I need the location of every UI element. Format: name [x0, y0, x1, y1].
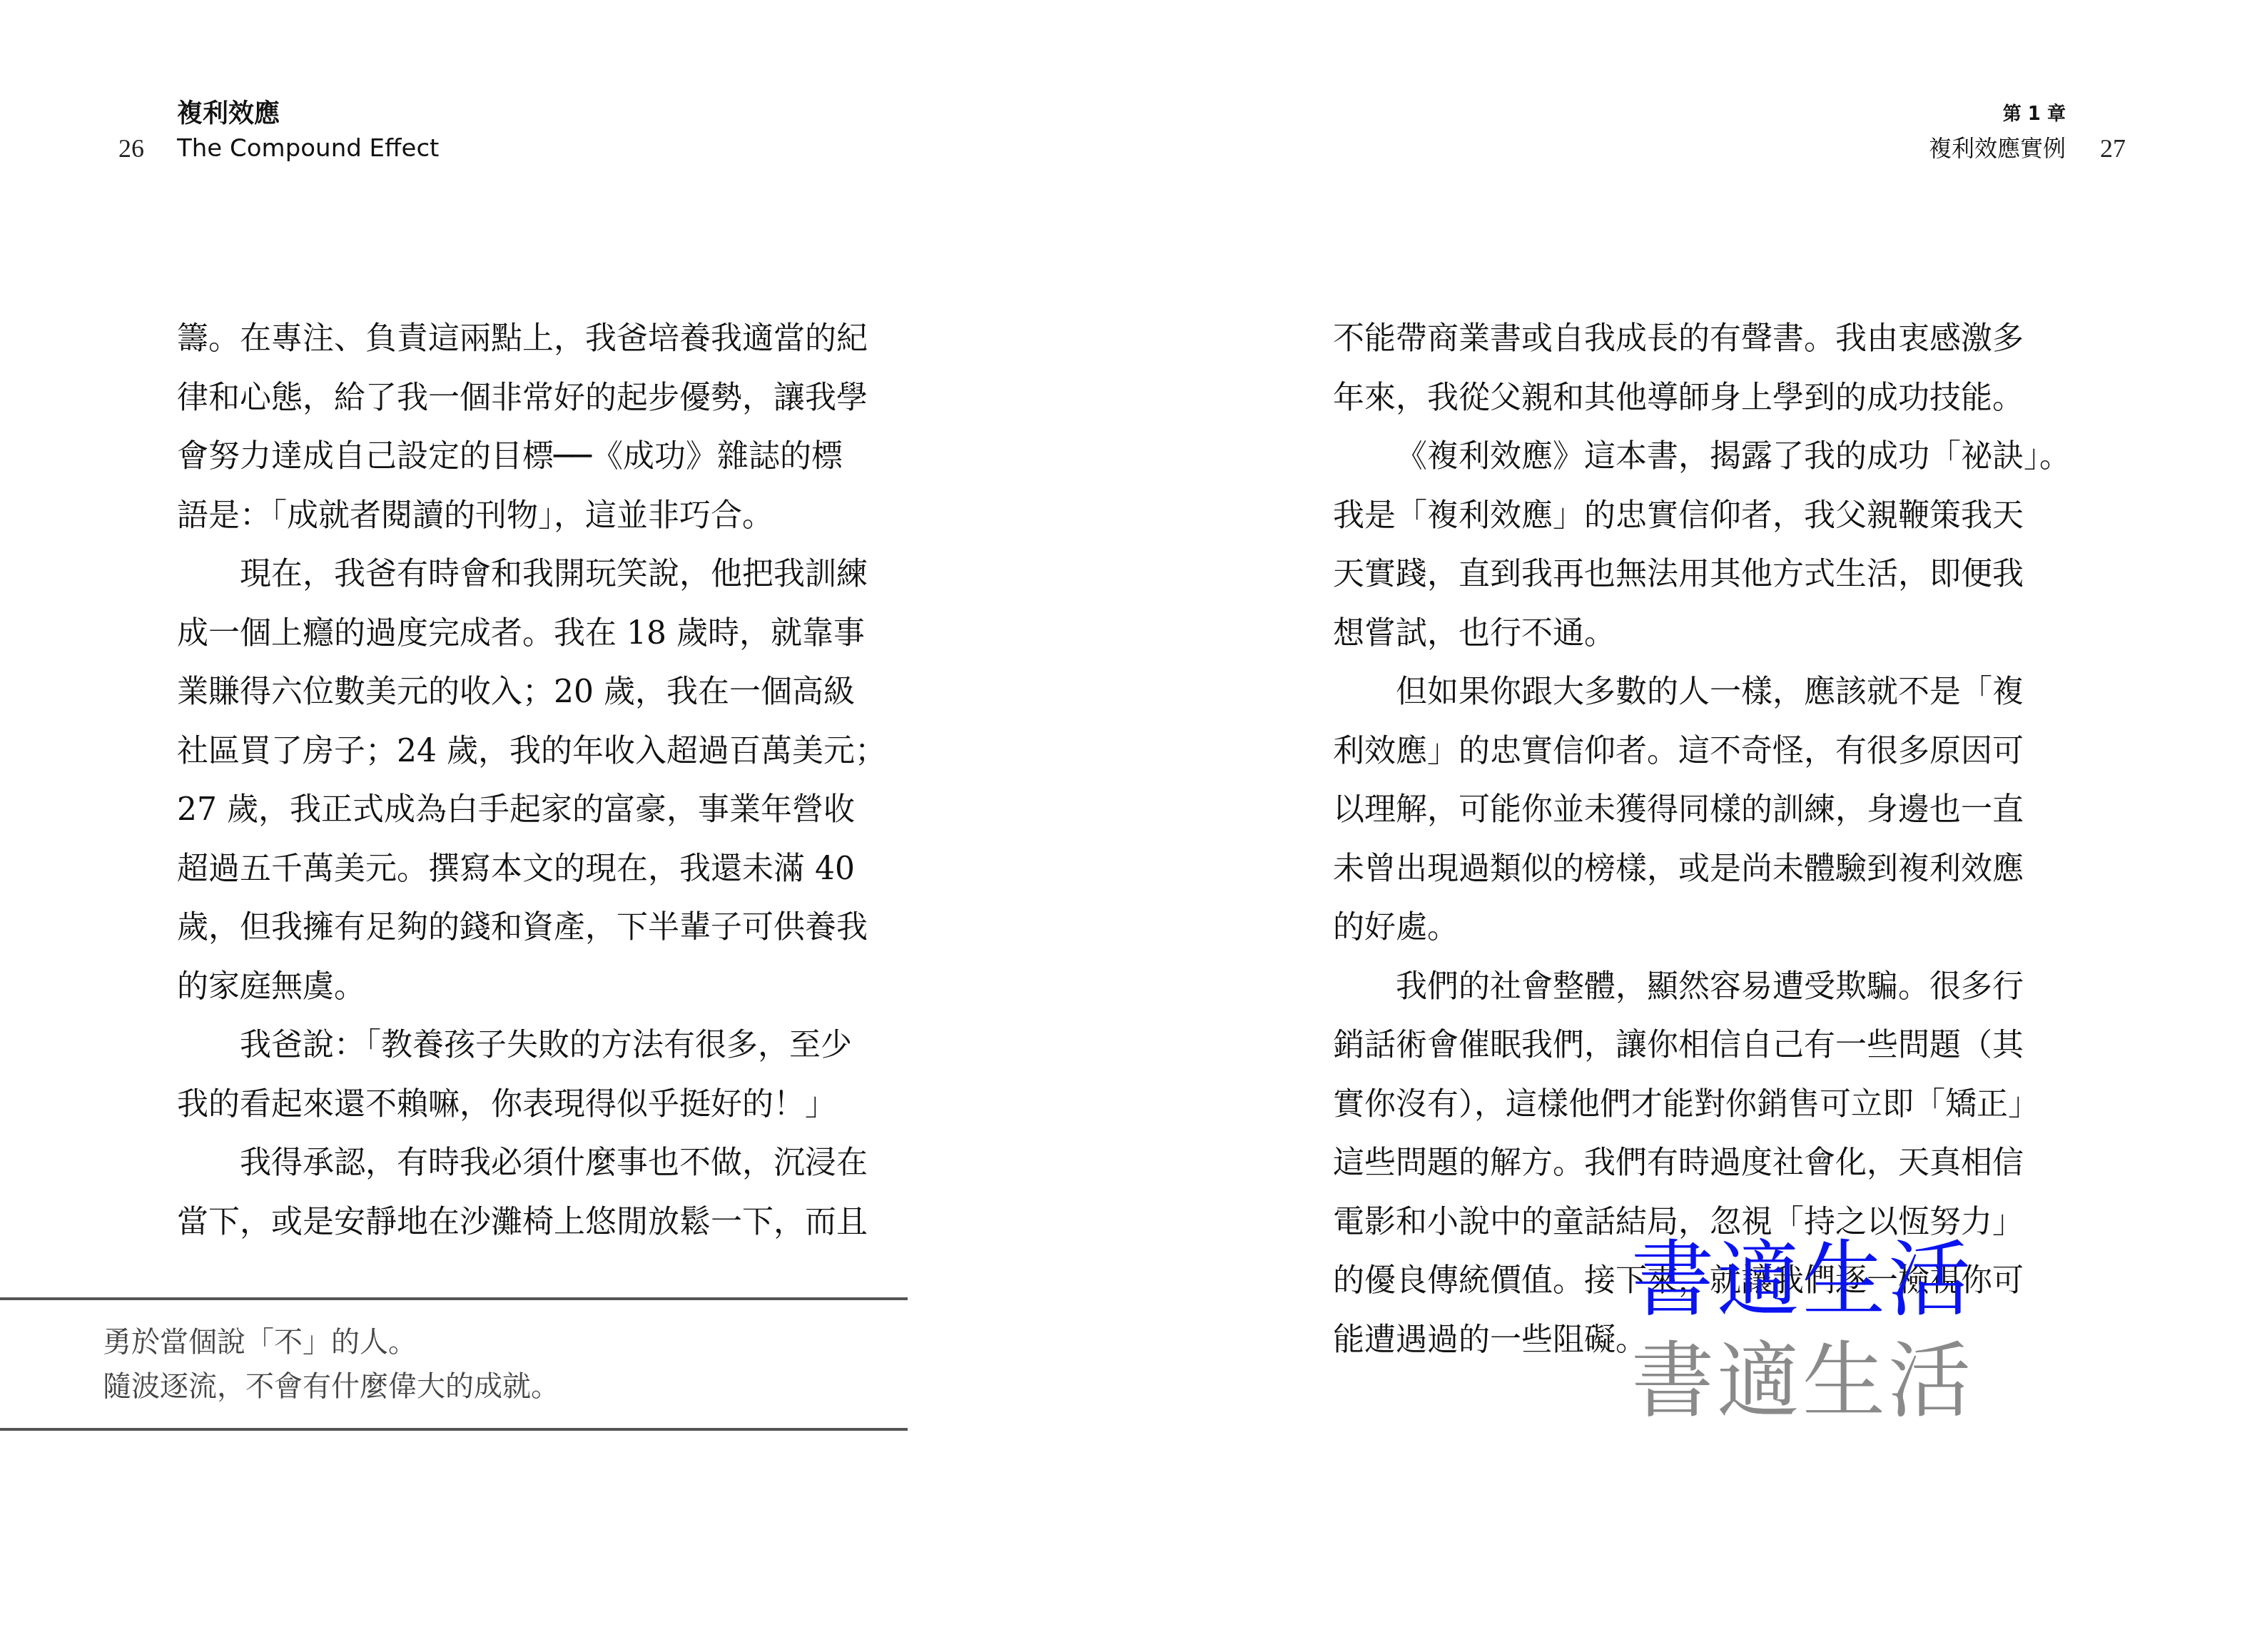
- page-number-left: 26: [118, 133, 144, 164]
- text-line-paragraph-start: 現在，我爸有時會和我開玩笑說，他把我訓練: [177, 545, 908, 604]
- text-line: 語是：「成就者閱讀的刊物」，這並非巧合。: [177, 487, 908, 546]
- text-line: 律和心態，給了我一個非常好的起步優勢，讓我學: [177, 369, 908, 428]
- text-line: 年來，我從父親和其他導師身上學到的成功技能。: [1333, 369, 2064, 428]
- text-line: 的好處。: [1333, 898, 2064, 958]
- left-body-text: 籌。在專注、負責這兩點上，我爸培養我適當的紀 律和心態，給了我一個非常好的起步優…: [177, 310, 908, 1252]
- text-line: 想嘗試，也行不通。: [1333, 604, 2064, 664]
- pull-quote-top-rule: [0, 1297, 908, 1300]
- running-header-chapter: 第 1 章: [2003, 101, 2066, 127]
- text-line: 未曾出現過類似的榜樣，或是尚未體驗到複利效應: [1333, 840, 2064, 899]
- text-line: 不能帶商業書或自我成長的有聲書。我由衷感激多: [1333, 310, 2064, 369]
- text-line: 實你沒有），這樣他們才能對你銷售可立即「矯正」: [1333, 1075, 2064, 1135]
- running-header-book-title-zh: 複利效應: [177, 98, 280, 130]
- text-line: 這些問題的解方。我們有時過度社會化，天真相信: [1333, 1134, 2064, 1193]
- text-line: 我的看起來還不賴嘛，你表現得似乎挺好的！」: [177, 1075, 908, 1135]
- text-line: 以理解，可能你並未獲得同樣的訓練，身邊也一直: [1333, 781, 2064, 840]
- text-line: 成一個上癮的過度完成者。我在 18 歲時，就靠事: [177, 604, 908, 664]
- text-line-paragraph-start: 我們的社會整體，顯然容易遭受欺騙。很多行: [1333, 958, 2064, 1017]
- text-line: 會努力達成自己設定的目標──《成功》雜誌的標: [177, 427, 908, 487]
- text-line: 社區買了房子；24 歲，我的年收入超過百萬美元；: [177, 722, 908, 781]
- pull-quote-bottom-rule: [0, 1428, 908, 1431]
- pull-quote-line: 隨波逐流，不會有什麼偉大的成就。: [103, 1364, 559, 1409]
- text-line: 銷話術會催眠我們，讓你相信自己有一些問題（其: [1333, 1016, 2064, 1075]
- right-body-text: 不能帶商業書或自我成長的有聲書。我由衷感激多 年來，我從父親和其他導師身上學到的…: [1333, 310, 2064, 1369]
- pull-quote: 勇於當個說「不」的人。 隨波逐流，不會有什麼偉大的成就。: [103, 1320, 559, 1409]
- text-line: 當下，或是安靜地在沙灘椅上悠閒放鬆一下，而且: [177, 1193, 908, 1252]
- running-header-book-title-en: The Compound Effect: [177, 133, 439, 164]
- text-line: 超過五千萬美元。撰寫本文的現在，我還未滿 40: [177, 840, 908, 899]
- page-number-right: 27: [2100, 133, 2126, 164]
- text-line-paragraph-start: 我得承認，有時我必須什麼事也不做，沉浸在: [177, 1134, 908, 1193]
- text-line-paragraph-start: 我爸說：「教養孩子失敗的方法有很多，至少: [177, 1016, 908, 1075]
- left-page: 複利效應 26 The Compound Effect 籌。在專注、負責這兩點上…: [0, 0, 1121, 1652]
- text-line: 歲，但我擁有足夠的錢和資產，下半輩子可供養我: [177, 898, 908, 958]
- text-line-paragraph-start: 但如果你跟大多數的人一樣，應該就不是「複: [1333, 663, 2064, 722]
- text-line: 籌。在專注、負責這兩點上，我爸培養我適當的紀: [177, 310, 908, 369]
- text-line: 的家庭無虞。: [177, 958, 908, 1017]
- text-line-paragraph-start: 《複利效應》這本書，揭露了我的成功「祕訣」。: [1333, 427, 2064, 487]
- pull-quote-line: 勇於當個說「不」的人。: [103, 1320, 559, 1364]
- text-line: 27 歲，我正式成為白手起家的富豪，事業年營收: [177, 781, 908, 840]
- running-header-chapter-title: 複利效應實例: [1929, 133, 2066, 164]
- watermark-gray: 書適生活: [1631, 1339, 1974, 1424]
- text-line: 業賺得六位數美元的收入；20 歲，我在一個高級: [177, 663, 908, 722]
- text-line: 我是「複利效應」的忠實信仰者，我父親鞭策我天: [1333, 487, 2064, 546]
- text-line: 天實踐，直到我再也無法用其他方式生活，即便我: [1333, 545, 2064, 604]
- text-line: 利效應」的忠實信仰者。這不奇怪，有很多原因可: [1333, 722, 2064, 781]
- watermark-blue: 書適生活: [1631, 1237, 1974, 1323]
